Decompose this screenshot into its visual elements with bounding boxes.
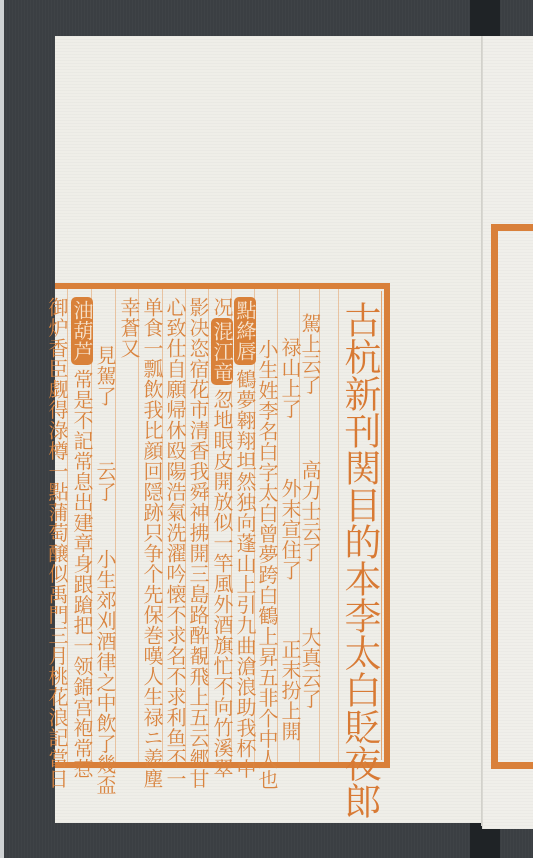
text-segment: 見駕了 — [95, 345, 115, 407]
column-rule — [138, 289, 139, 762]
lyric-text: 常是不記常息出建章身跟蹌把一领錦宫袍常惹 — [72, 369, 92, 779]
lyric-text: 忽地眼皮開放似一竿風外酒旗忙不向竹溪翠 — [212, 389, 232, 779]
stage-direction-column: 見駕了 云了 小生郊刈酒律之中飲了幾盃 — [95, 345, 115, 795]
text-segment: 外末宣住了 — [280, 478, 300, 581]
play-title: 古杭新刊関目的本李太白貶夜郎 — [341, 301, 378, 819]
lyric-column: 心致仕自願帰休殴陽浩氣洗濯吟懐不求名不求利鱼不一 — [165, 297, 185, 789]
aria-column: 油葫芦常是不記常息出建章身跟蹌把一领錦宫袍常惹 — [71, 297, 93, 779]
text-segment: 大真云了 — [300, 627, 320, 709]
tune-title-label: 油葫芦 — [71, 297, 93, 365]
frame-inner-rule — [381, 291, 382, 760]
text-segment: 禄山上了 — [280, 337, 300, 419]
lyric-column: 影决恣宿花市清香我舜神拂開三島路酔覩飛上五云郷甘 — [188, 297, 208, 789]
backdrop-edge — [0, 0, 4, 858]
stage-direction-column: 駕上云了 高力士云了 大真云了 — [300, 313, 320, 709]
lyric-column: 单食一瓢飲我比顔回隠跡只争个先保巻嘆人生禄ニ羨塵 — [142, 297, 162, 789]
text-segment: 小生郊刈酒律之中飲了幾盃 — [95, 549, 115, 795]
print-frame: 古杭新刊関目的本李太白貶夜郎 駕上云了 高力士云了 大真云了 禄山上了 外末宣住… — [55, 283, 390, 768]
stage-direction-column: 禄山上了 外末宣住了 正末扮上開 — [280, 337, 300, 741]
lyric-column: 御炉香臣觑得淥樽一點蒲萄醸似禹門三月桃花浪記當日 — [47, 297, 67, 789]
text-segment: 高力士云了 — [300, 460, 320, 563]
tune-title-label: 混江竜 — [211, 318, 233, 386]
lyric-text: 鶴夢翱翔坦然独向蓬山上引九曲滄浪助我杯中 — [235, 369, 255, 779]
aria-column: 點絳唇鶴夢翱翔坦然独向蓬山上引九曲滄浪助我杯中 — [234, 297, 256, 779]
text-segment: 云了 — [95, 461, 115, 502]
lyric-column: 幸蒼又 — [119, 297, 139, 359]
text-segment: 駕上云了 — [300, 313, 320, 395]
aria-column: 况混江竜忽地眼皮開放似一竿風外酒旗忙不向竹溪翠 — [211, 297, 233, 779]
dialogue-column: 小生姓李名白字太白曾夢跨白鶴上昇五非个中人也 — [257, 339, 277, 790]
lyric-lead-char: 况 — [212, 297, 232, 318]
page-fold — [481, 36, 482, 826]
text-segment: 正末扮上開 — [280, 639, 300, 742]
facing-page-print-frame — [491, 224, 533, 769]
tune-title-label: 點絳唇 — [234, 297, 256, 365]
